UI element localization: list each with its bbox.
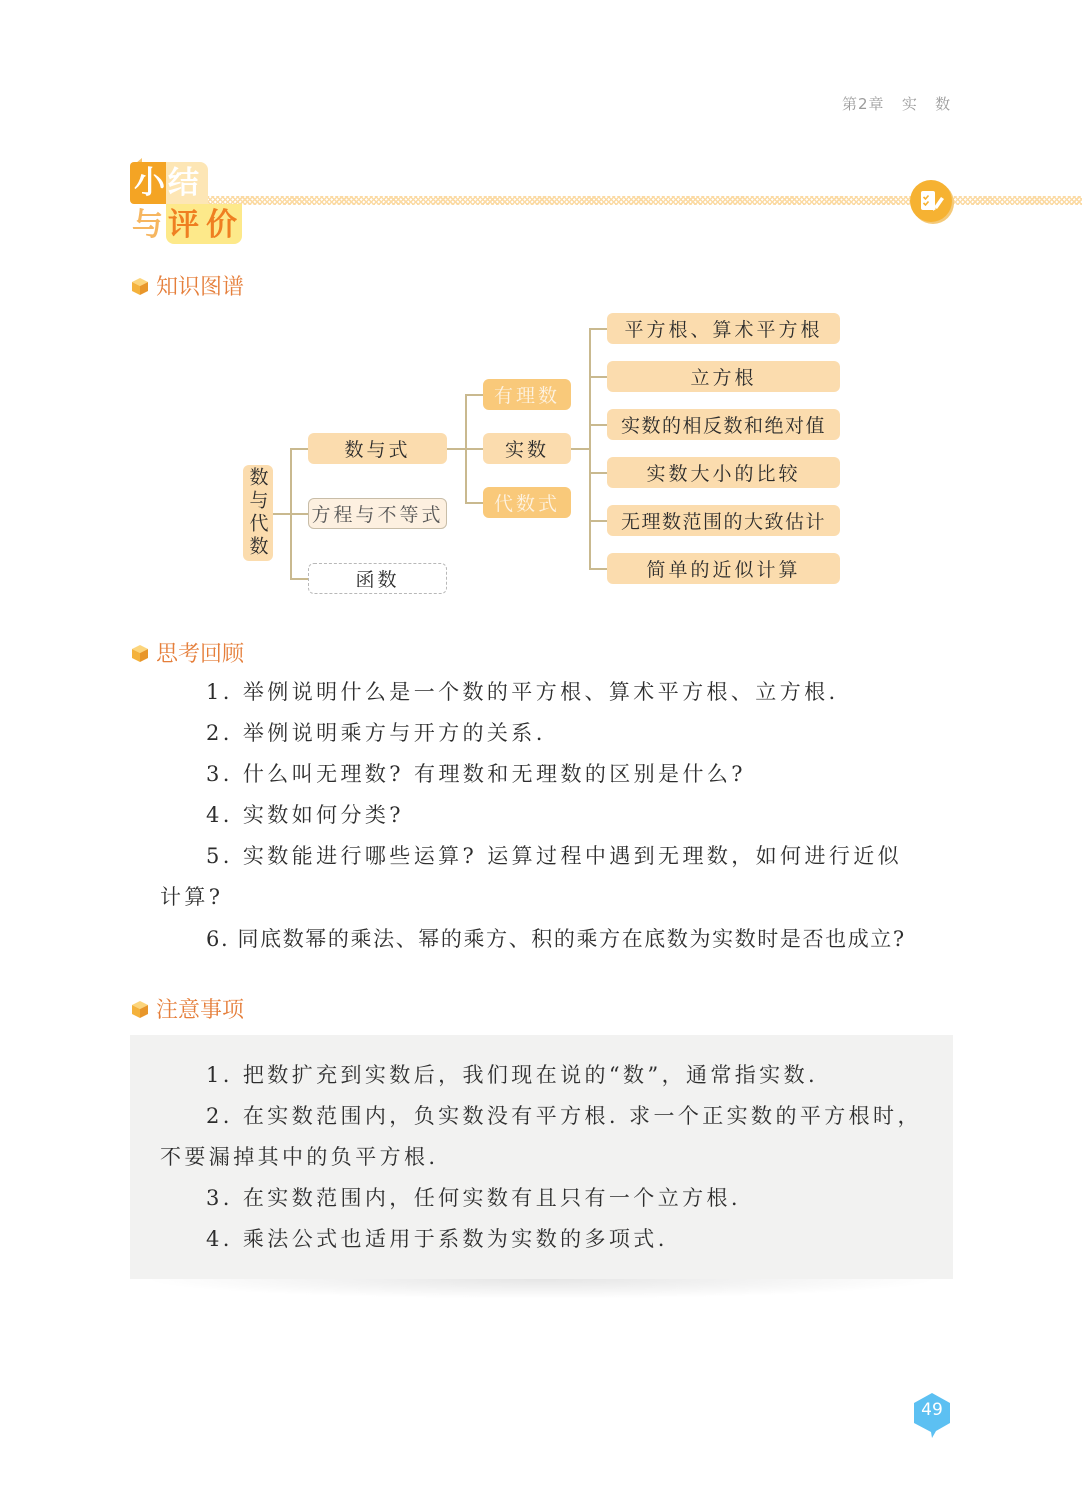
running-header: 第2章 实 数 [842,93,951,114]
mindmap-node-level2: 实数 [483,433,571,464]
section-header-review: 思考回顾 [130,637,244,668]
mindmap-node-level1: 函数 [308,563,447,594]
review-question: 1. 举例说明什么是一个数的平方根、算术平方根、立方根. [206,672,839,713]
mindmap-node-level1: 方程与不等式 [308,498,447,529]
mindmap-node-level3: 无理数范围的大致估计 [607,505,840,536]
banner-title-char: 结 [168,163,199,203]
mindmap-root-node: 数与代数 [243,465,273,561]
section-title: 注意事项 [156,993,244,1024]
checklist-pen-icon [910,180,952,222]
banner-title-char: 价 [206,205,237,245]
review-question: 5. 实数能进行哪些运算? 运算过程中遇到无理数，如何进行近似 [206,836,902,877]
banner-title-char: 小 [134,163,165,203]
mindmap-node-level3: 实数的相反数和绝对值 [607,409,840,440]
mindmap-node-level2: 有理数 [483,379,571,410]
section-title: 知识图谱 [156,270,244,301]
banner-title-char: 与 [132,205,163,245]
cube-icon [130,643,150,663]
mindmap-node-level1: 数与式 [308,433,447,464]
note-item: 3. 在实数范围内，任何实数有且只有一个立方根. [206,1178,741,1219]
review-question-continuation: 计算? [160,877,223,918]
mindmap-node-level3: 立方根 [607,361,840,392]
section-header-notes: 注意事项 [130,993,244,1024]
cube-icon [130,276,150,296]
note-item: 4. 乘法公式也适用于系数为实数的多项式. [206,1219,668,1260]
mindmap-node-level3: 实数大小的比较 [607,457,840,488]
page-number: 49 [912,1400,952,1420]
review-question: 3. 什么叫无理数? 有理数和无理数的区别是什么? [206,754,746,795]
cube-icon [130,999,150,1019]
section-title: 思考回顾 [156,637,244,668]
mindmap-node-level3: 简单的近似计算 [607,553,840,584]
notes-box-shadow [140,1279,943,1299]
banner-title-char: 评 [168,205,199,245]
mindmap-node-level2: 代数式 [483,487,571,518]
section-header-knowledge-map: 知识图谱 [130,270,244,301]
note-item: 2. 在实数范围内，负实数没有平方根. 求一个正实数的平方根时， [206,1096,922,1137]
review-question: 4. 实数如何分类? [206,795,404,836]
note-item-continuation: 不要漏掉其中的负平方根. [160,1137,438,1178]
note-item: 1. 把数扩充到实数后，我们现在说的“数”，通常指实数. [206,1055,818,1096]
review-question: 6. 同底数幂的乘法、幂的乘方、积的乘方在底数为实数时是否也成立? [206,919,906,960]
mindmap-node-level3: 平方根、算术平方根 [607,313,840,344]
review-question: 2. 举例说明乘方与开方的关系. [206,713,546,754]
